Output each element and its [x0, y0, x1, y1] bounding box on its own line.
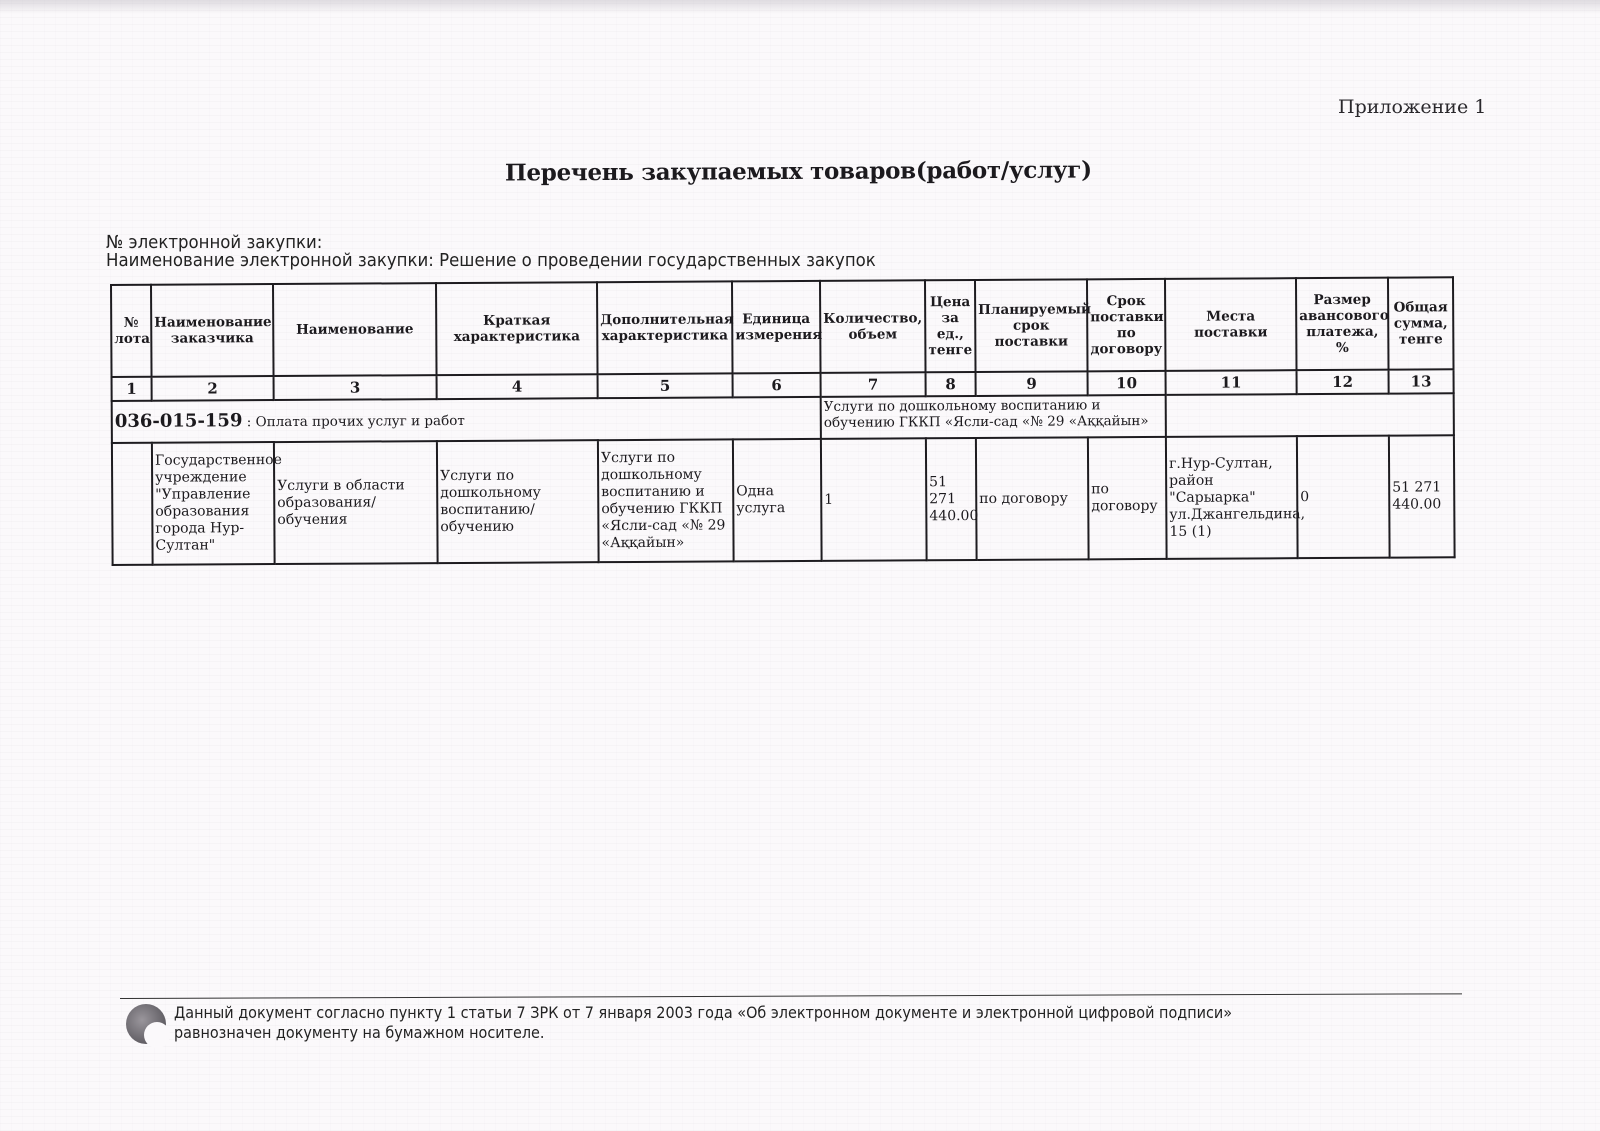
header-planned-delivery: Планируемый срок поставки	[975, 279, 1088, 372]
table-header-row: № лота Наименование заказчика Наименован…	[111, 277, 1454, 377]
column-number: 8	[926, 372, 976, 396]
group-code-cell: 036-015-159 : Оплата прочих услуг и рабо…	[112, 397, 821, 443]
procurement-items-table: № лота Наименование заказчика Наименован…	[110, 276, 1456, 566]
group-code: 036-015-159	[115, 410, 243, 432]
header-short-description: Краткая характеристика	[436, 282, 598, 375]
cell-quantity: 1	[821, 438, 927, 561]
header-unit: Единица измерения	[732, 281, 821, 374]
header-unit-price: Цена за ед., тенге	[925, 280, 976, 372]
table-row: Государственное учреждение "Управление о…	[112, 435, 1455, 565]
column-number: 9	[976, 371, 1088, 396]
column-number: 2	[152, 376, 274, 401]
cell-contract-delivery: по договору	[1088, 437, 1167, 559]
column-number: 12	[1297, 370, 1389, 395]
cell-advance-payment: 0	[1297, 436, 1390, 559]
column-number: 11	[1166, 370, 1297, 395]
group-empty-cell	[1166, 393, 1454, 437]
scan-edge-shadow	[0, 0, 1600, 14]
column-number: 13	[1389, 369, 1454, 393]
document-title: Перечень закупаемых товаров(работ/услуг)	[505, 156, 1092, 186]
procurement-name: Наименование электронной закупки: Решени…	[106, 250, 876, 271]
column-number: 7	[821, 372, 926, 397]
column-number: 3	[274, 375, 437, 400]
column-number: 6	[733, 373, 821, 398]
cell-customer: Государственное учреждение "Управление о…	[152, 442, 275, 565]
cell-name: Услуги в области образования/обучения	[274, 441, 438, 564]
header-lot-number: № лота	[111, 285, 152, 377]
cell-planned-delivery: по договору	[976, 437, 1089, 560]
cell-unit-price: 51 271 440.00	[926, 438, 977, 560]
cell-unit: Одна услуга	[733, 439, 822, 562]
header-advance-payment: Размер авансового платежа, %	[1296, 278, 1389, 371]
cell-delivery-place: г.Нур-Султан, район "Сарыарка" ул.Джанге…	[1166, 436, 1298, 559]
group-code-label: : Оплата прочих услуг и работ	[247, 412, 465, 429]
group-description: Услуги по дошкольному воспитанию и обуче…	[821, 395, 1166, 439]
header-customer: Наименование заказчика	[151, 284, 274, 377]
column-number: 1	[112, 377, 152, 401]
procurement-name-label: Наименование электронной закупки:	[106, 250, 434, 271]
cell-additional-description: Услуги по дошкольному воспитанию и обуче…	[598, 439, 734, 562]
cell-total-amount: 51 271 440.00	[1389, 435, 1455, 557]
footer-divider	[120, 993, 1462, 999]
appendix-label: Приложение 1	[1338, 96, 1486, 118]
cell-short-description: Услуги по дошкольному воспитанию/обучени…	[437, 440, 599, 563]
header-name: Наименование	[273, 283, 437, 376]
header-delivery-place: Места поставки	[1165, 278, 1297, 371]
header-total-amount: Общая сумма, тенге	[1388, 277, 1454, 369]
header-contract-delivery: Срок поставки по договору	[1087, 279, 1166, 371]
cell-lot-number	[112, 443, 153, 565]
header-quantity: Количество, объем	[820, 280, 926, 373]
column-number: 10	[1088, 371, 1166, 395]
egov-seal-icon	[126, 1004, 166, 1044]
column-number: 5	[598, 373, 733, 398]
procurement-name-value: Решение о проведении государственных зак…	[439, 250, 876, 271]
column-number: 4	[437, 374, 598, 399]
footer-legal-notice: Данный документ согласно пункту 1 статьи…	[174, 1003, 1326, 1043]
header-additional-description: Дополнительная характеристика	[597, 281, 733, 374]
